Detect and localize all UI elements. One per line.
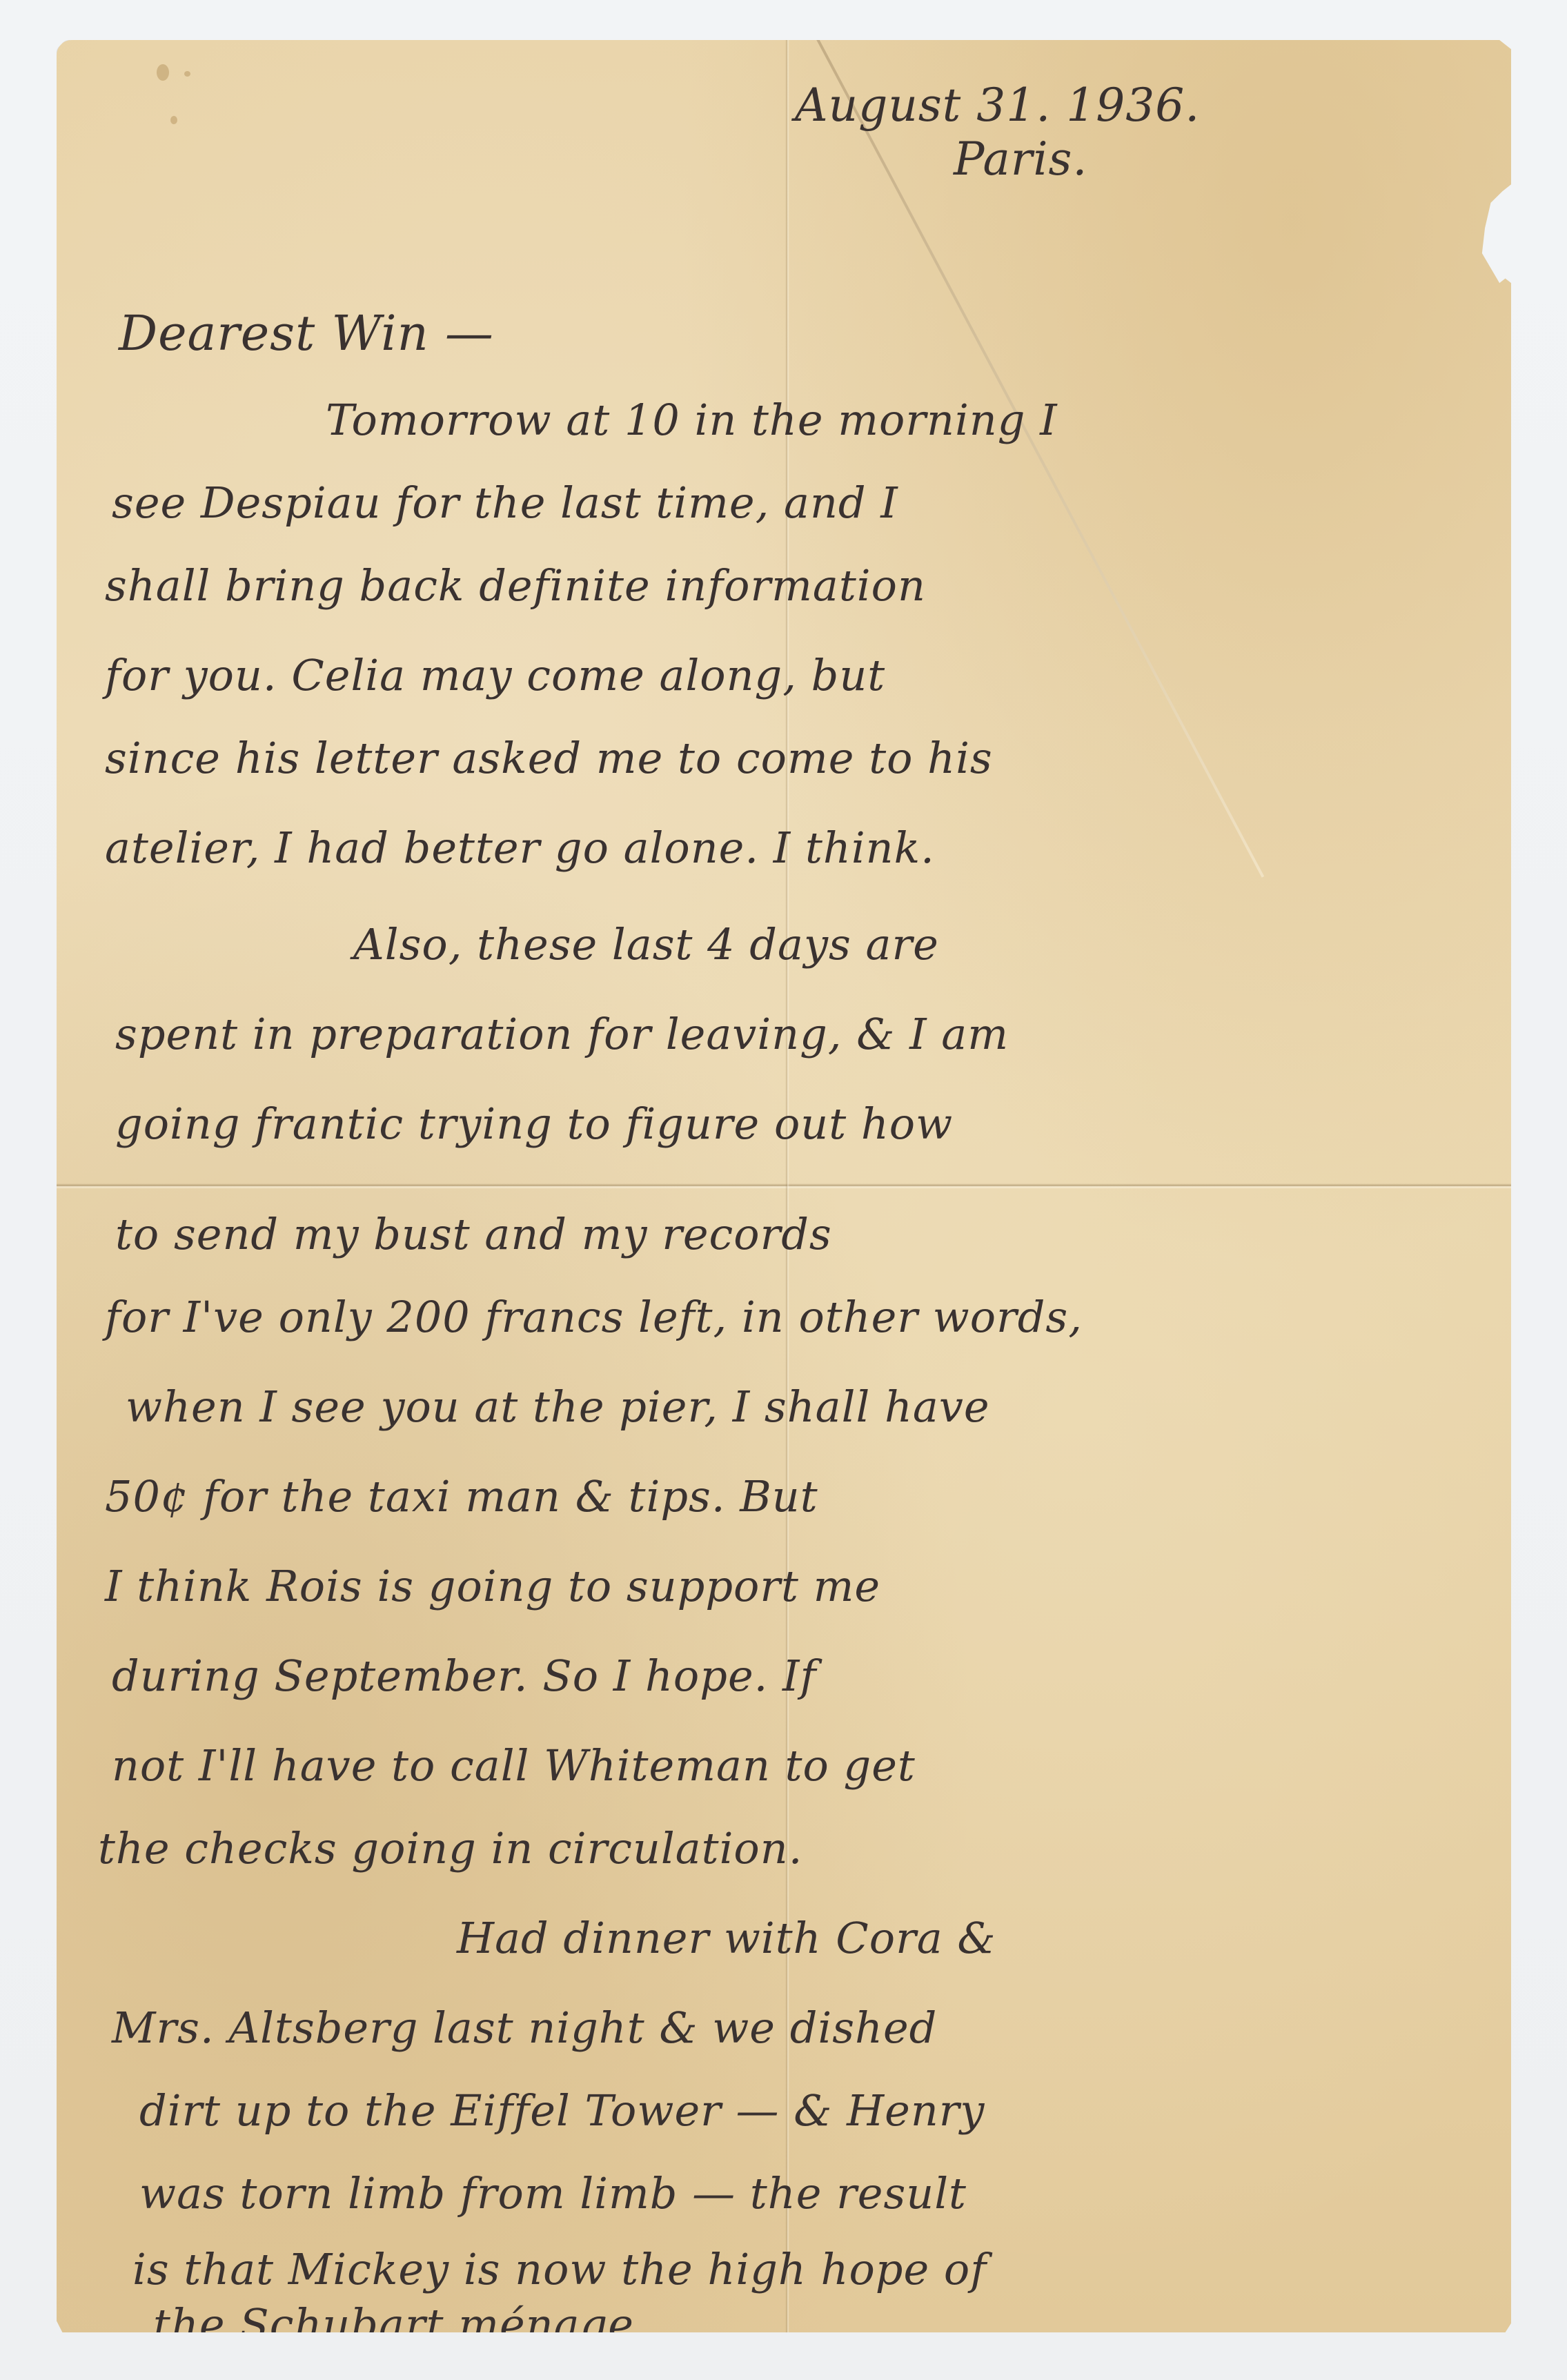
letter-line: atelier, I had better go alone. I think.: [105, 827, 935, 869]
letter-place: Paris.: [954, 137, 1087, 182]
ink-stain: [184, 71, 190, 77]
letter-line: spent in preparation for leaving, & I am: [115, 1013, 1009, 1056]
letter-line: see Despiau for the last time, and I: [112, 482, 898, 524]
horizontal-fold-crease: [57, 1183, 1511, 1189]
ink-stain: [170, 116, 177, 124]
letter-line: for I've only 200 francs left, in other …: [105, 1296, 1083, 1339]
letter-line: going frantic trying to figure out how: [115, 1103, 953, 1145]
letter-line: the checks going in circulation.: [98, 1827, 802, 1870]
letter-line: since his letter asked me to come to his: [105, 737, 993, 780]
letter-line: during September. So I hope. If: [112, 1655, 817, 1698]
letter-line: 50¢ for the taxi man & tips. But: [105, 1475, 818, 1518]
letter-line: shall bring back definite information: [105, 564, 926, 607]
letter-line: to send my bust and my records: [115, 1213, 832, 1256]
letter-line: Mrs. Altsberg last night & we dished: [112, 2007, 937, 2049]
letter-line: not I'll have to call Whiteman to get: [112, 1744, 916, 1787]
letter-line: Had dinner with Cora &: [457, 1917, 996, 1960]
vertical-fold-crease: [785, 40, 789, 2332]
letter-line: is that Mickey is now the high hope of: [132, 2248, 987, 2291]
letter-line: was torn limb from limb — the result: [139, 2172, 967, 2215]
letter-line: for you. Celia may come along, but: [105, 654, 885, 697]
ink-stain: [157, 64, 169, 81]
letter-line: Also, these last 4 days are: [353, 923, 939, 966]
salutation: Dearest Win —: [119, 309, 494, 357]
letter-line: Tomorrow at 10 in the morning I: [326, 399, 1058, 442]
letter-line: I think Rois is going to support me: [105, 1565, 880, 1608]
letter-line: dirt up to the Eiffel Tower — & Henry: [139, 2089, 985, 2132]
letter-date: August 31. 1936.: [795, 83, 1200, 128]
letter-paper: August 31. 1936. Paris. Dearest Win — To…: [57, 40, 1511, 2332]
letter-line: when I see you at the pier, I shall have: [126, 1386, 990, 1428]
